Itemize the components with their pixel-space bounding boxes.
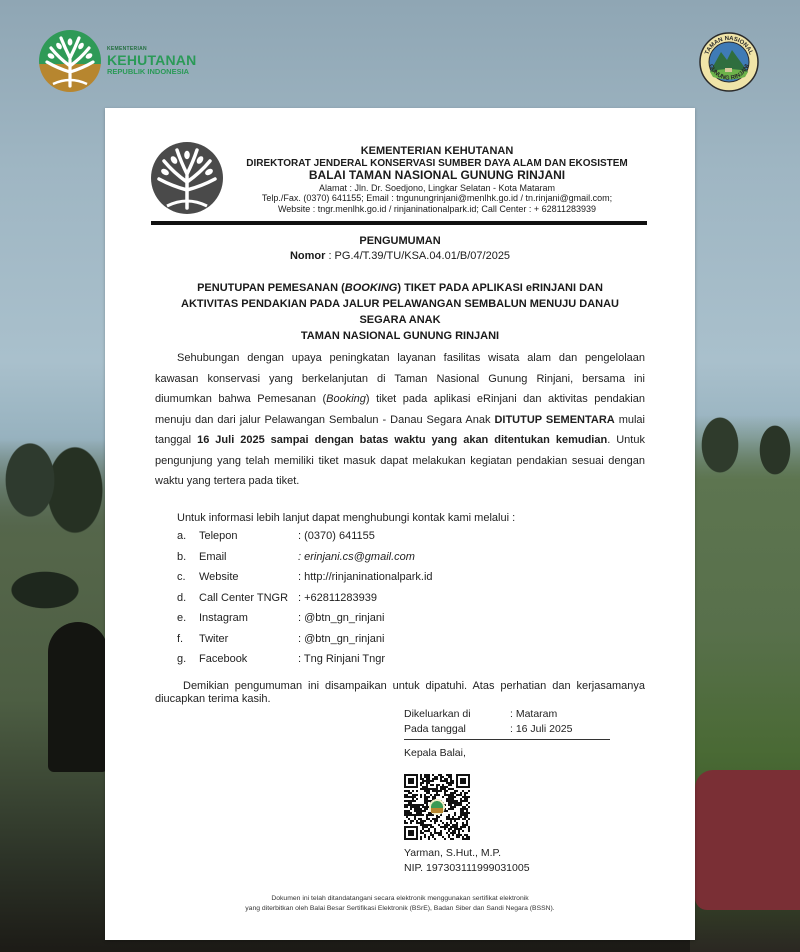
letterhead-website: Website : tngr.menlhk.go.id / rinjaninat… [227,204,647,214]
logo-line-small: KEMENTERIAN [107,47,196,52]
signer-block: Yarman, S.Hut., M.P. NIP. 19730311199903… [404,846,530,876]
signer-position: Kepala Balai, [404,747,610,762]
letterhead-contact: Telp./Fax. (0370) 641155; Email : tngunu… [227,193,647,203]
announcement-body: Sehubungan dengan upaya peningkatan laya… [155,348,645,492]
signer-name: Yarman, S.Hut., M.P. [404,846,530,861]
announcement-title-block: PENGUMUMAN Nomor : PG.4/T.39/TU/KSA.04.0… [105,234,695,344]
ministry-tree-emblem-icon [151,142,223,214]
background-red-object [695,770,800,910]
announcement-number: Nomor : PG.4/T.39/TU/KSA.04.01/B/07/2025 [105,249,695,264]
issuance-divider [404,739,610,740]
issuance-block: Dikeluarkan di: Mataram Pada tanggal: 16… [404,706,610,762]
letterhead-office: BALAI TAMAN NASIONAL GUNUNG RINJANI [227,169,647,183]
letterhead-address: Alamat : Jln. Dr. Soedjono, Lingkar Sela… [227,183,647,193]
issued-date-label: Pada tanggal [404,723,510,735]
forest-tree-emblem-icon [39,30,101,92]
closing-paragraph: Demikian pengumuman ini disampaikan untu… [155,680,645,706]
letterhead: KEMENTERIAN KEHUTANAN DIREKTORAT JENDERA… [105,108,695,228]
kementerian-kehutanan-logo: KEMENTERIAN KEHUTANAN REPUBLIK INDONESIA [39,30,196,92]
contact-facebook: g.Facebook: Tng Rinjani Tngr [177,649,433,670]
contact-instagram: e.Instagram: @btn_gn_rinjani [177,608,433,629]
logo-line-big: KEHUTANAN [107,53,196,67]
background-person-silhouette [48,622,108,772]
logo-line-sub: REPUBLIK INDONESIA [107,68,196,76]
contact-twitter: f.Twiter: @btn_gn_rinjani [177,629,433,650]
announcement-heading: PENGUMUMAN [105,234,695,249]
letterhead-divider [151,221,647,225]
contact-call-center: d.Call Center TNGR: +62811283939 [177,588,433,609]
electronic-signature-note: Dokumen ini telah ditandatangani secara … [105,894,695,914]
announcement-document: KEMENTERIAN KEHUTANAN DIREKTORAT JENDERA… [105,108,695,940]
contact-intro: Untuk informasi lebih lanjut dapat mengh… [177,508,515,528]
contact-telepon: a.Telepon: (0370) 641155 [177,526,433,547]
contact-website: c.Website: http://rinjaninationalpark.id [177,567,433,588]
issued-place-value: : Mataram [510,708,557,720]
mountain-badge-icon: TAMAN NASIONAL GUNUNG RINJANI [699,32,759,92]
letterhead-ministry: KEMENTERIAN KEHUTANAN [227,145,647,158]
issued-date-value: : 16 Juli 2025 [510,723,572,735]
qr-code-icon [404,774,470,840]
contact-list: a.Telepon: (0370) 641155 b.Email: erinja… [177,526,433,670]
announcement-subject: PENUTUPAN PEMESANAN (BOOKING) TIKET PADA… [105,280,695,344]
signer-nip: NIP. 197303111999031005 [404,861,530,876]
issued-place-label: Dikeluarkan di [404,708,510,720]
taman-nasional-gunung-rinjani-badge: TAMAN NASIONAL GUNUNG RINJANI [699,32,759,92]
contact-email: b.Email: erinjani.cs@gmail.com [177,547,433,568]
